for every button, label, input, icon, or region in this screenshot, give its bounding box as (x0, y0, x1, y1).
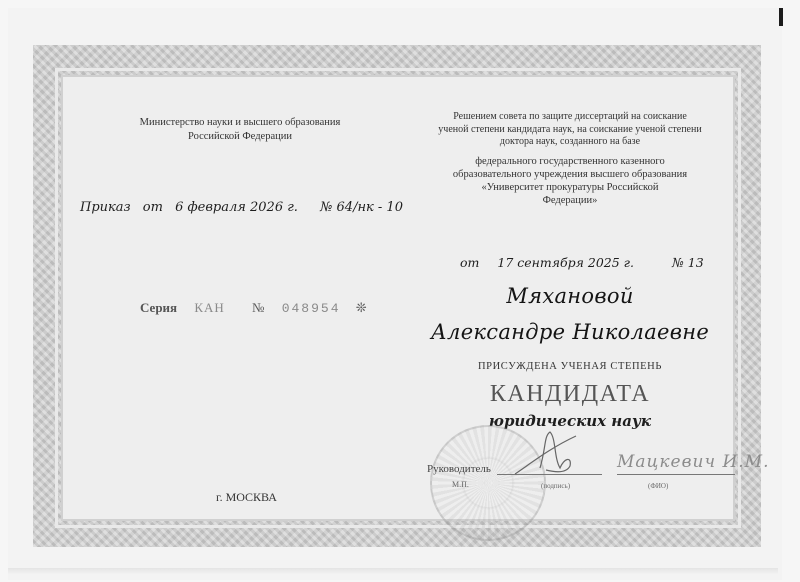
org-line-2: образовательного учреждения высшего обра… (418, 168, 722, 181)
asterisk-mark-icon: ❊ (356, 300, 367, 315)
head-label: Руководитель (427, 463, 491, 475)
seal-label: М.П. (452, 480, 469, 489)
name-line (617, 474, 735, 475)
serial-number: 048954 (282, 301, 341, 316)
order-prefix: Приказ (80, 200, 131, 215)
council-line-2: ученой степени кандидата наук, на соиска… (418, 124, 722, 137)
series-label: Серия (140, 300, 177, 315)
org-line-4: Федерации» (418, 194, 722, 207)
decision-line: от 17 сентября 2025 г. № 13 (460, 255, 704, 270)
organization-block: федерального государственного казенного … (418, 155, 722, 207)
order-number-label: № (320, 200, 332, 215)
council-line-3: доктора наук, созданного на базе (418, 136, 722, 149)
number-label: № (252, 300, 264, 315)
order-line: Приказ от 6 февраля 2026 г. № 64/нк - 10 (80, 200, 403, 215)
scan-edge (8, 568, 778, 574)
order-from: от (143, 200, 163, 215)
decision-from: от (460, 255, 479, 270)
handwritten-signature (510, 428, 580, 480)
recipient-given-names: Александре Николаевне (418, 320, 722, 344)
org-line-3: «Университет прокуратуры Российской (418, 181, 722, 194)
signature-caption: (подпись) (541, 482, 570, 490)
order-date: 6 февраля 2026 г. (175, 200, 298, 215)
head-name-handwritten: Мацкевич И.М. (617, 452, 769, 472)
scan-marker (779, 8, 783, 26)
council-line-1: Решением совета по защите диссертаций на… (418, 111, 722, 124)
recipient-surname: Мяхановой (418, 284, 722, 308)
degree-title: КАНДИДАТА (418, 381, 722, 408)
issuer-block: Министерство науки и высшего образования… (90, 116, 390, 144)
decision-date: 17 сентября 2025 г. (497, 255, 634, 270)
city: г. МОСКВА (216, 490, 277, 505)
council-block: Решением совета по защите диссертаций на… (418, 111, 722, 149)
awarded-text: ПРИСУЖДЕНА УЧЕНАЯ СТЕПЕНЬ (418, 361, 722, 372)
decision-number-label: № (672, 255, 684, 270)
series-line: Серия КАН № 048954 ❊ (140, 300, 367, 316)
issuer-line-1: Министерство науки и высшего образования (90, 116, 390, 130)
order-number: 64/нк - 10 (337, 200, 403, 215)
name-caption: (ФИО) (648, 482, 668, 490)
decision-number: 13 (688, 255, 704, 270)
series-value: КАН (194, 300, 224, 315)
issuer-line-2: Российской Федерации (90, 130, 390, 144)
org-line-1: федерального государственного казенного (418, 155, 722, 168)
